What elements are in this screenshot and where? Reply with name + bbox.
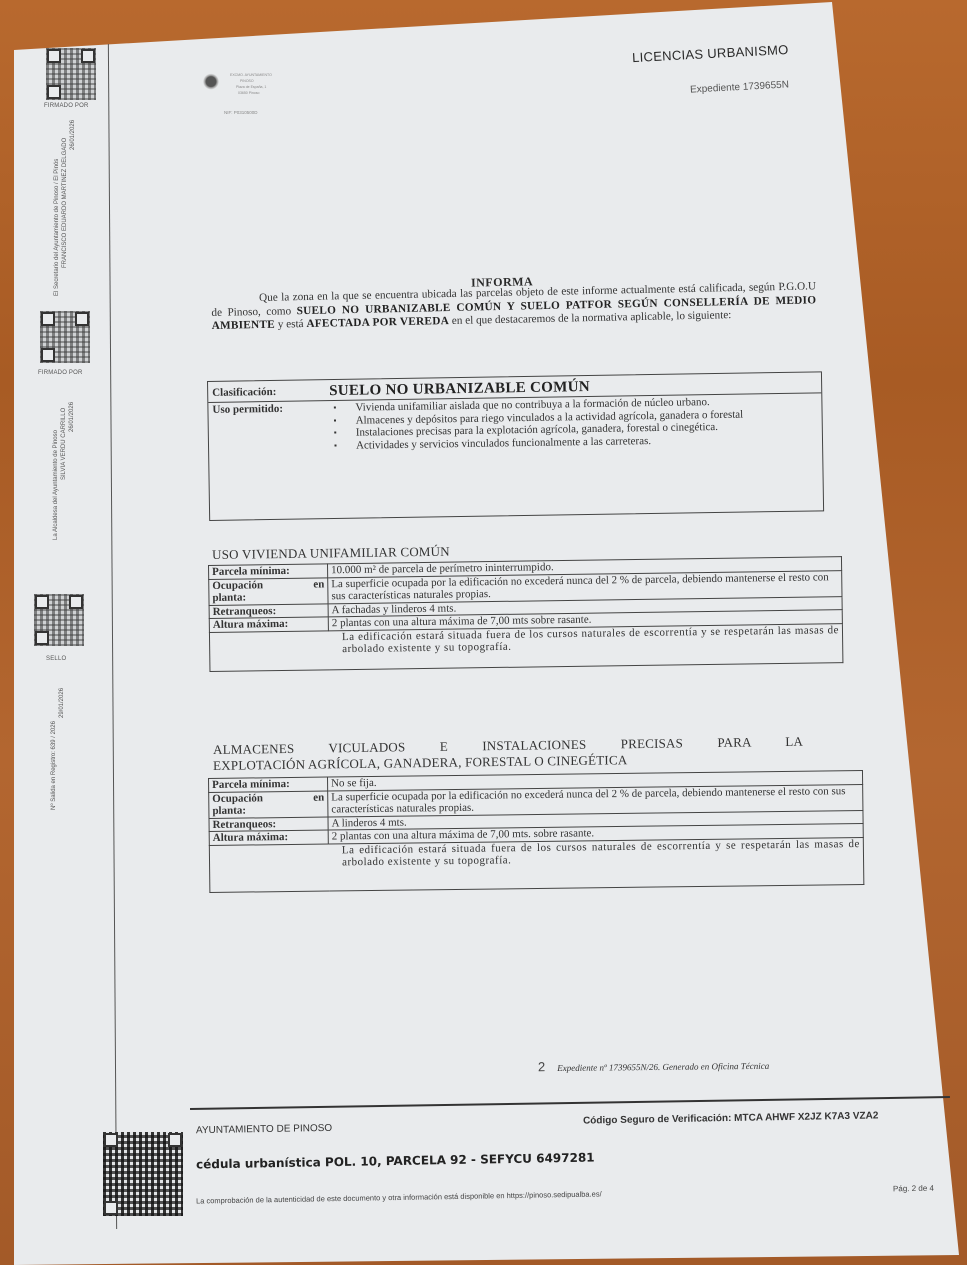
vivienda-table: Parcela mínima: 10.000 m² de parcela de … xyxy=(208,556,843,671)
letterhead-line-4: 03650 Pinoso xyxy=(238,91,259,95)
letterhead-line-2: PINOSO xyxy=(240,79,254,83)
qr-code-verification[interactable] xyxy=(103,1132,183,1216)
label-part: planta: xyxy=(212,591,246,603)
signature-1-date: 26/01/2026 xyxy=(69,120,77,150)
signature-2-role: La Alcaldesa del Ayuntamiento de Pinoso xyxy=(52,430,60,540)
signature-1-name: FRANCISCO EDUARDO MARTINEZ DELGADO xyxy=(61,138,69,268)
classification-table: Clasificación: SUELO NO URBANIZABLE COMÚ… xyxy=(207,371,824,521)
seal-date: 29/01/2026 xyxy=(58,688,66,718)
letterhead-line-1: EXCMO. AYUNTAMIENTO xyxy=(230,73,272,77)
seal-label: SELLO xyxy=(46,656,66,662)
row-label: Altura máxima: xyxy=(209,830,328,845)
municipal-crest-icon xyxy=(203,72,219,96)
seal-registry-number: Nº Salida en Registro: 639 / 2026 xyxy=(50,721,58,810)
almacenes-table: Parcela mínima: No se fija. Ocupaciónenp… xyxy=(208,770,864,892)
page-number: 2 xyxy=(538,1059,545,1074)
signature-2-name: SILVIA VERDU CARRILLO xyxy=(60,408,68,480)
label-part: en xyxy=(313,578,324,591)
label-part: en xyxy=(313,791,324,804)
label-part: planta: xyxy=(212,805,246,817)
row-label: Retranqueos: xyxy=(209,817,328,832)
letterhead-nif: NIF: P0310500D xyxy=(224,110,258,115)
intro-affected: AFECTADA POR VEREDA xyxy=(306,315,449,330)
page-footer-note: 2Expediente nº 1739655N/26. Generado en … xyxy=(538,1057,769,1074)
row-label: Ocupaciónenplanta: xyxy=(209,577,328,605)
vivienda-section-title: USO VIVIENDA UNIFAMILIAR COMÚN xyxy=(212,544,450,563)
letterhead-line-3: Plaza de España, 1 xyxy=(236,85,266,89)
qr-code-signature-2 xyxy=(40,311,90,363)
label-part: Ocupación xyxy=(212,579,263,592)
signature-1-label: FIRMADO POR xyxy=(44,103,89,109)
intro-text-2: y está xyxy=(275,318,307,331)
classification-label: Clasificación: xyxy=(208,382,327,402)
footer-expediente-text: Expediente nº 1739655N/26. Generado en O… xyxy=(557,1061,769,1073)
row-value: La edificación estará situada fuera de l… xyxy=(209,837,864,892)
classification-value: SUELO NO URBANIZABLE COMÚN xyxy=(327,378,590,400)
qr-code-signature-1 xyxy=(46,48,96,100)
uses-label: Uso permitido: xyxy=(208,402,328,454)
table-row: La edificación estará situada fuera de l… xyxy=(209,623,842,671)
page-indicator: Pág. 2 de 4 xyxy=(893,1184,934,1194)
signature-2-label: FIRMADO POR xyxy=(38,370,83,376)
signature-1-role: El Secretario del Ayuntamiento de Pinoso… xyxy=(53,159,61,296)
qr-code-seal xyxy=(34,594,84,646)
permitted-uses-list: Vivienda unifamiliar aislada que no cont… xyxy=(327,395,786,452)
label-part: Ocupación xyxy=(212,792,263,805)
row-label: Parcela mínima: xyxy=(209,777,328,792)
signature-2-date: 26/01/2026 xyxy=(68,402,76,432)
row-label: Ocupaciónenplanta: xyxy=(209,791,328,818)
table-row: La edificación estará situada fuera de l… xyxy=(209,837,864,892)
row-value: La edificación estará situada fuera de l… xyxy=(209,623,842,671)
